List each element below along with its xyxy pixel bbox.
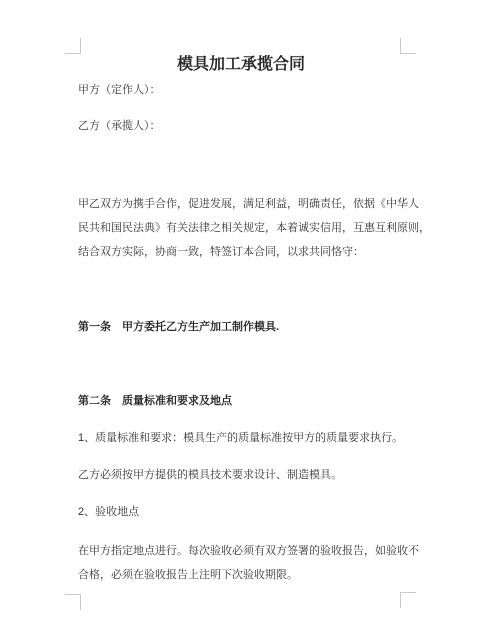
clause-2-item-1-note: 乙方必须按甲方提供的模具技术要求设计、制造模具。	[78, 469, 418, 482]
clause-2-item-2-body-line: 合格，必须在验收报告上注明下次验收期限。	[78, 569, 418, 582]
margin-crop-mark-top-left	[65, 38, 81, 54]
party-b-line: 乙方（承揽人）：	[78, 120, 418, 133]
margin-crop-mark-bottom-right	[400, 592, 416, 608]
clause-2-item-2: 2、验收地点	[78, 506, 418, 519]
document-title: 模具加工承揽合同	[0, 56, 482, 74]
clause-2-heading: 第二条 质量标准和要求及地点	[78, 395, 418, 408]
party-a-line: 甲方（定作人）：	[78, 84, 418, 97]
margin-crop-mark-top-right	[400, 38, 416, 54]
preamble-line: 甲乙双方为携手合作，促进发展，满足利益，明确责任，依据《中华人	[78, 198, 418, 211]
preamble-line: 民共和国民法典》有关法律之相关规定，本着诚实信用，互惠互利原则，	[78, 222, 418, 235]
clause-2-item-1: 1、质量标准和要求：模具生产的质量标准按甲方的质量要求执行。	[78, 432, 418, 445]
preamble-line: 结合双方实际，协商一致，特签订本合同，以求共同恪守：	[78, 246, 418, 259]
document-page: 模具加工承揽合同 甲方（定作人）： 乙方（承揽人）： 甲乙双方为携手合作，促进发…	[0, 0, 482, 643]
margin-crop-mark-bottom-left	[65, 594, 81, 610]
clause-2-item-2-body-line: 在甲方指定地点进行。每次验收必须有双方签署的验收报告，如验收不	[78, 545, 418, 558]
clause-1-heading: 第一条 甲方委托乙方生产加工制作模具.	[78, 321, 418, 334]
